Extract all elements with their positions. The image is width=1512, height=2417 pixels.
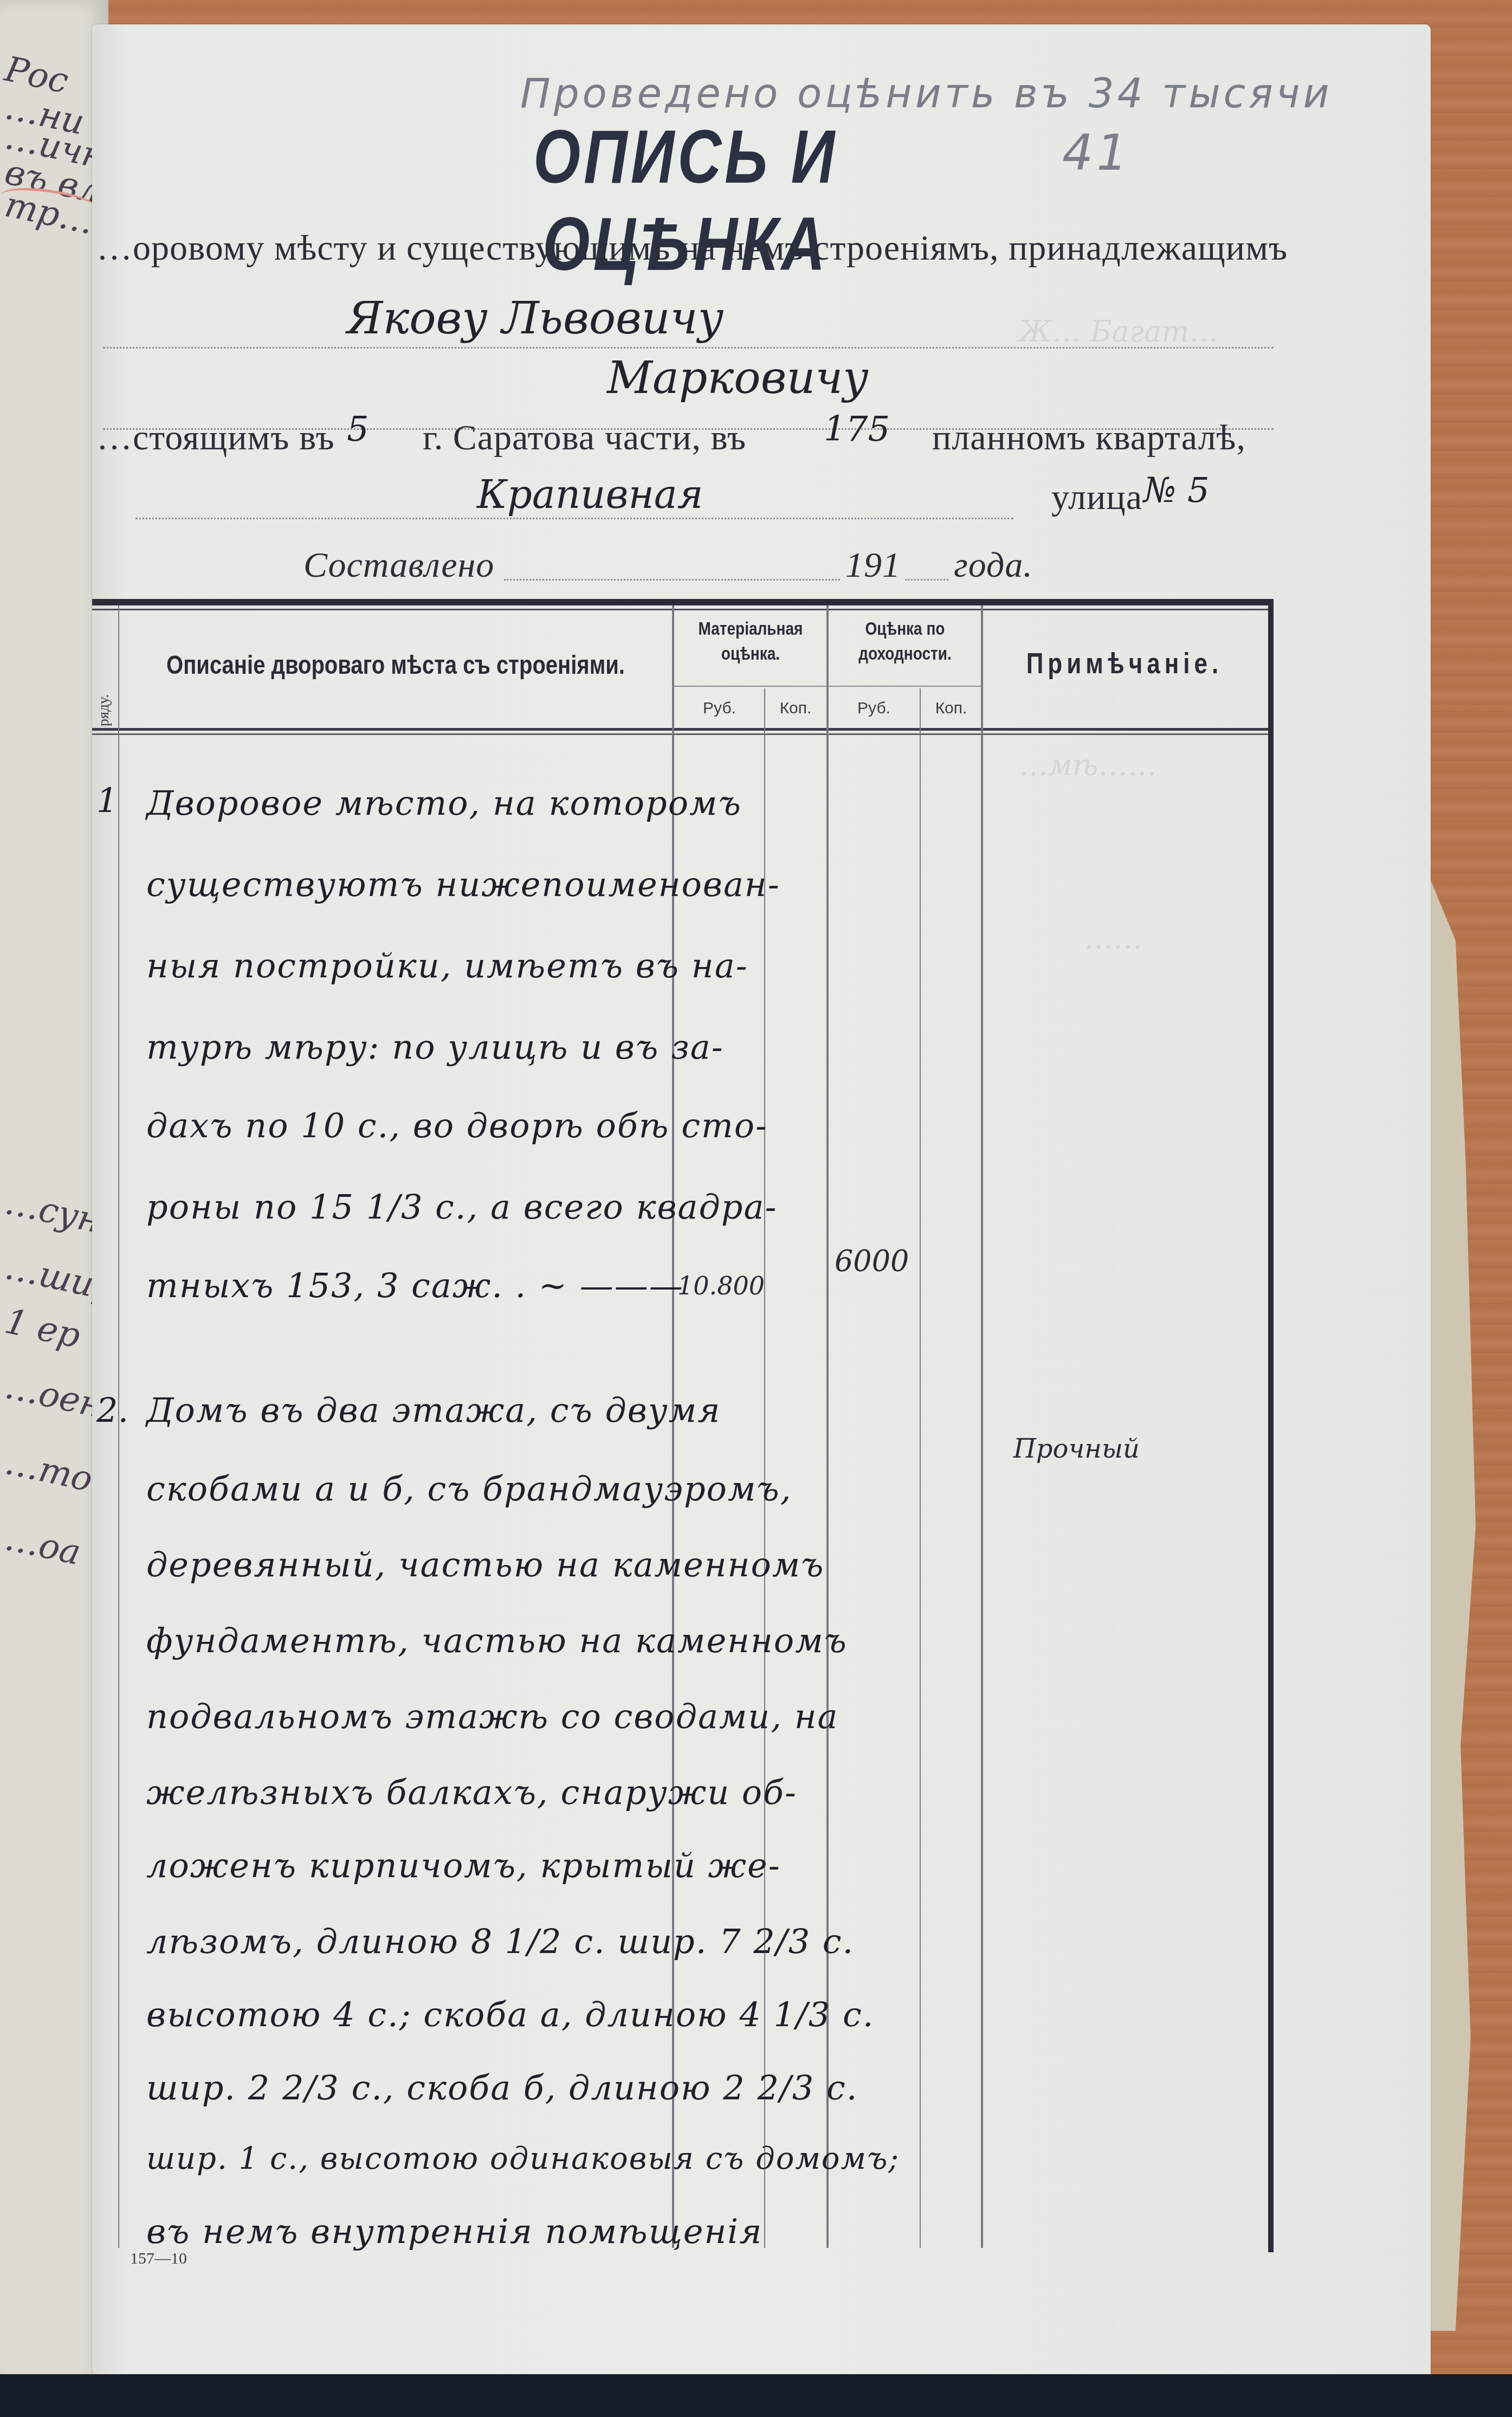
subheader-rule bbox=[673, 686, 826, 687]
description-line: фундаментѣ, частью на каменномъ bbox=[146, 1621, 848, 1660]
city-part-number: 5 bbox=[347, 409, 369, 449]
street-label: улица bbox=[1051, 477, 1142, 518]
subheader-rule bbox=[828, 686, 981, 687]
description-line: тныхъ 153, 3 саж. . ~ ——— bbox=[146, 1266, 684, 1305]
owner-line-1 bbox=[103, 347, 1274, 349]
description-line: шир. 1 с., высотою одинаковыя съ домомъ; bbox=[146, 2141, 900, 2176]
header-kop: Коп. bbox=[921, 699, 981, 718]
column-divider bbox=[981, 605, 983, 2248]
description-line: лѣзомъ, длиною 8 1/2 с. шир. 7 2/3 с. bbox=[146, 1922, 854, 1961]
description-line: шир. 2 2/3 с., скоба б, длиною 2 2/3 с. bbox=[146, 2068, 858, 2107]
header-description: Описаніе двороваго мѣста съ строеніями. bbox=[125, 651, 667, 680]
bottom-shadow bbox=[0, 2374, 1512, 2417]
street-line bbox=[135, 518, 1013, 519]
left-page-fragment: …сун bbox=[1, 1182, 105, 1242]
description-line: Дворовое мѣсто, на которомъ bbox=[146, 783, 742, 823]
location-prefix: …стоящимъ въ bbox=[96, 417, 335, 459]
header-row-number: ряду. bbox=[95, 694, 113, 726]
material-value-rub: 10.800 bbox=[677, 1271, 765, 1300]
year-suffix: года. bbox=[954, 545, 1033, 586]
year-blank bbox=[905, 579, 948, 581]
subtitle-line: …оровому мѣсту и существующимъ на немъ с… bbox=[96, 228, 1288, 269]
location-suffix: планномъ кварталѣ, bbox=[932, 417, 1246, 459]
owner-name-2: Марковичу bbox=[607, 352, 869, 404]
bleed-through-text: Ж… Багат… bbox=[1019, 314, 1218, 349]
column-divider bbox=[920, 688, 921, 2248]
description-line: ныя постройки, имѣетъ въ на- bbox=[146, 946, 748, 985]
table-right-rule bbox=[1268, 599, 1274, 2252]
table-header-rule bbox=[92, 733, 1274, 735]
description-line: существуютъ нижепоименован- bbox=[146, 865, 780, 904]
left-page-fragment: …оа bbox=[1, 1518, 84, 1574]
header-rub: Руб. bbox=[829, 699, 919, 718]
location-mid: г. Саратова части, въ bbox=[423, 417, 746, 459]
compiled-label: Составлено bbox=[303, 545, 494, 586]
description-line: деревянный, частью на каменномъ bbox=[146, 1545, 824, 1584]
header-notes: Примѣчаніе. bbox=[986, 648, 1263, 680]
table-top-rule bbox=[92, 599, 1274, 605]
row-number: 2. bbox=[96, 1390, 128, 1430]
header-material-value: Матеріальная оцѣнка. bbox=[677, 616, 824, 666]
income-value-rub: 6000 bbox=[835, 1244, 909, 1278]
header-kop: Коп. bbox=[765, 699, 826, 718]
header-rub: Руб. bbox=[675, 699, 764, 718]
left-page-fragment: 1 ер bbox=[1, 1301, 83, 1356]
description-line: въ немъ внутреннія помѣщенія bbox=[146, 2212, 763, 2251]
description-line: роны по 15 1/3 с., а всего квадра- bbox=[146, 1187, 777, 1227]
note-value: Прочный bbox=[1013, 1434, 1140, 1464]
pencil-note: Проведено оцѣнить въ 34 тысячи bbox=[520, 70, 1333, 117]
description-line: высотою 4 с.; скоба а, длиною 4 1/3 с. bbox=[146, 1995, 874, 2034]
header-income-value: Оцѣнка по доходности. bbox=[832, 616, 978, 666]
left-page-fragment: …оен bbox=[1, 1367, 106, 1426]
description-line: Домъ въ два этажа, съ двумя bbox=[146, 1390, 721, 1430]
table-top-rule bbox=[92, 609, 1274, 610]
street-name: Крапивная bbox=[477, 472, 703, 517]
owner-name-1: Якову Львовичу bbox=[347, 293, 723, 344]
row-number: 1 bbox=[96, 781, 118, 820]
pencil-folio-number: 41 bbox=[1062, 125, 1131, 182]
description-line: скобами а и б, съ брандмауэромъ, bbox=[146, 1469, 792, 1509]
description-line: подвальномъ этажѣ со сводами, на bbox=[146, 1697, 839, 1736]
quarter-number: 175 bbox=[824, 409, 890, 449]
description-line: турѣ мѣру: по улицѣ и въ за- bbox=[146, 1027, 724, 1067]
inventory-table: ряду. Описаніе двороваго мѣста съ строен… bbox=[92, 599, 1274, 2252]
table-header-rule bbox=[92, 728, 1274, 731]
description-line: дахъ по 10 с., во дворѣ обѣ сто- bbox=[146, 1106, 768, 1145]
compiled-date-line bbox=[504, 579, 840, 581]
description-line: желѣзныхъ балкахъ, снаружи об- bbox=[146, 1773, 797, 1812]
year-prefix: 191 bbox=[845, 545, 901, 586]
description-line: ложенъ кирпичомъ, крытый же- bbox=[146, 1846, 781, 1885]
house-number: № 5 bbox=[1143, 470, 1210, 511]
form-number: 157—10 bbox=[130, 2250, 187, 2268]
